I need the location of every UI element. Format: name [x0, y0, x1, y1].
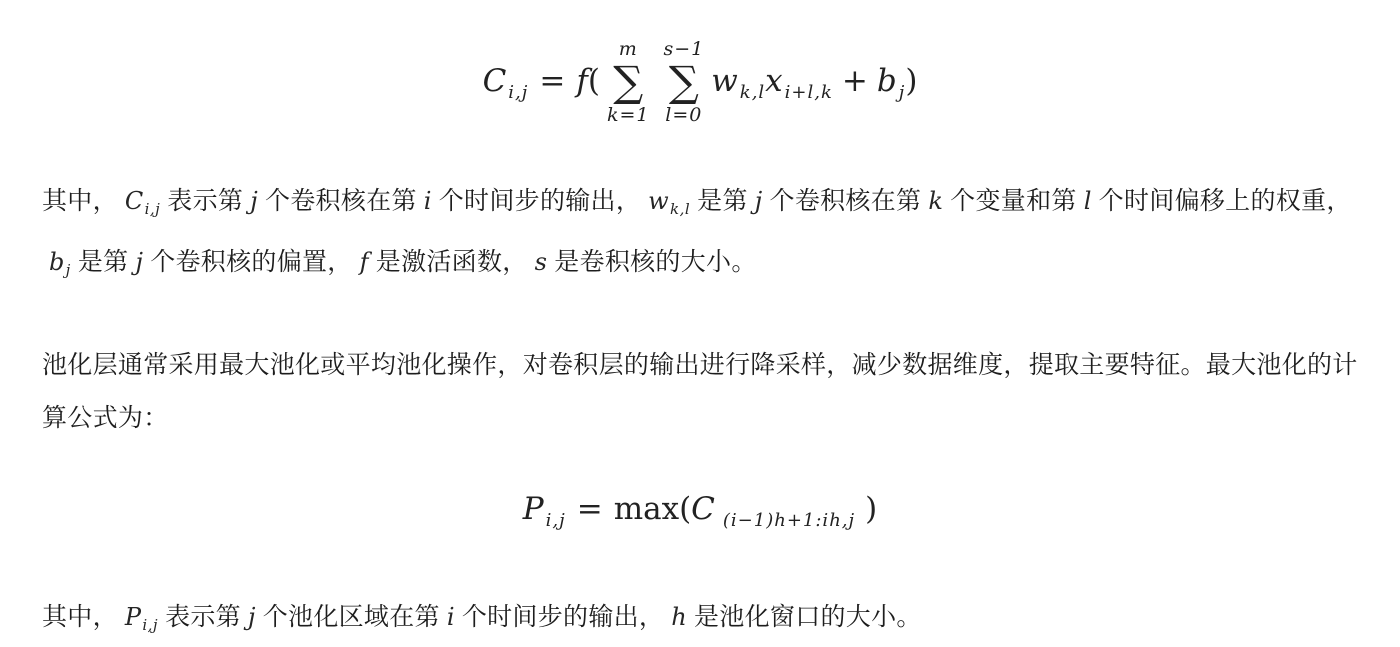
- math-var: h: [671, 603, 687, 631]
- math-var: i: [447, 603, 455, 631]
- open-paren: (: [588, 63, 600, 99]
- math-var: s: [535, 248, 548, 276]
- summation-l: s−1∑l=0: [663, 40, 704, 125]
- math-var: l: [1084, 187, 1092, 215]
- paragraph-pooling-intro: 池化层通常采用最大池化或平均池化操作，对卷积层的输出进行降采样，减少数据维度，提…: [42, 339, 1358, 445]
- paragraph-convolution-explanation: 其中，Ci,j表示第j个卷积核在第i个时间步的输出，wk,l是第j个卷积核在第k…: [42, 175, 1358, 297]
- inline-math: j: [250, 187, 258, 215]
- close-paren: ): [865, 491, 877, 527]
- math-subscript: i,j: [508, 82, 528, 103]
- math-var: j: [135, 248, 143, 276]
- text-segment: 个卷积核在第: [770, 187, 922, 215]
- sigma-operator: ∑: [613, 59, 643, 106]
- sigma-operator: ∑: [669, 59, 699, 106]
- text-segment: 其中，: [42, 187, 118, 215]
- text-segment: 是第: [697, 187, 748, 215]
- math-subscript: k,l: [670, 200, 690, 218]
- math-subscript: (i−1)h+1:ih,j: [723, 510, 855, 531]
- math-subscript: i,j: [145, 200, 161, 218]
- math-subscript: i,j: [546, 510, 566, 531]
- inline-math: h: [671, 603, 687, 631]
- text-segment: 是激活函数，: [376, 248, 528, 276]
- text-segment: 池化层通常采用最大池化或平均池化操作，对卷积层的输出进行降采样，减少数据维度，提…: [42, 351, 1358, 432]
- text-segment: 是池化窗口的大小。: [694, 603, 922, 631]
- math-var-w: w: [711, 63, 738, 99]
- summation-k: m∑k=1: [607, 40, 650, 125]
- text-segment: 表示第: [165, 603, 241, 631]
- plus-sign: +: [842, 63, 868, 99]
- inline-math: k: [928, 187, 943, 215]
- text-segment: 个时间偏移上的权重，: [1099, 187, 1352, 215]
- text-segment: 个池化区域在第: [263, 603, 440, 631]
- display-formula-pooling: Pi,j=max(C(i−1)h+1:ih,j): [0, 491, 1400, 531]
- math-var-C: C: [483, 63, 507, 99]
- inline-math: j: [135, 248, 143, 276]
- paragraph-pooling-explanation: 其中，Pi,j表示第j个池化区域在第i个时间步的输出，h是池化窗口的大小。: [42, 591, 1358, 647]
- math-var: P: [125, 603, 141, 631]
- inline-math: Ci,j: [125, 187, 160, 215]
- math-subscript: k,l: [740, 82, 765, 103]
- text-segment: 其中，: [42, 603, 118, 631]
- inline-math: Pi,j: [125, 603, 158, 631]
- text-segment: 个时间步的输出，: [439, 187, 641, 215]
- close-paren: ): [905, 63, 917, 99]
- inline-math: j: [248, 603, 256, 631]
- math-var: j: [755, 187, 763, 215]
- inline-math: i: [447, 603, 455, 631]
- max-operator: max: [614, 491, 679, 527]
- text-segment: 是第: [78, 248, 129, 276]
- text-segment: 个卷积核的偏置，: [150, 248, 352, 276]
- equals-sign: =: [539, 63, 565, 99]
- math-var: f: [360, 248, 369, 276]
- math-var: k: [928, 187, 943, 215]
- text-segment: 个变量和第: [950, 187, 1077, 215]
- text-segment: 个时间步的输出，: [462, 603, 664, 631]
- math-subscript: i,j: [142, 616, 158, 634]
- equals-sign: =: [577, 491, 603, 527]
- math-func-f: f: [576, 63, 587, 99]
- summation-lower-limit: l=0: [665, 106, 702, 125]
- math-var: C: [125, 187, 144, 215]
- math-var-C: C: [691, 491, 715, 527]
- text-segment: 个卷积核在第: [265, 187, 417, 215]
- math-var: b: [49, 248, 65, 276]
- inline-math: wk,l: [648, 187, 690, 215]
- inline-math: f: [360, 248, 369, 276]
- inline-math: bj: [49, 248, 71, 276]
- text-segment: 是卷积核的大小。: [554, 248, 756, 276]
- math-subscript: i+l,k: [785, 82, 833, 103]
- inline-math: s: [535, 248, 548, 276]
- math-var: j: [250, 187, 258, 215]
- math-var: j: [248, 603, 256, 631]
- math-var: w: [648, 187, 669, 215]
- math-var-P: P: [523, 491, 544, 527]
- inline-math: i: [424, 187, 432, 215]
- inline-math: j: [755, 187, 763, 215]
- summation-lower-limit: k=1: [607, 106, 650, 125]
- math-var: i: [424, 187, 432, 215]
- document-page: Ci,j=f(m∑k=1s−1∑l=0wk,lxi+l,k+bj) 其中，Ci,…: [0, 0, 1400, 647]
- math-var-b: b: [877, 63, 897, 99]
- math-var-x: x: [765, 63, 782, 99]
- open-paren: (: [679, 491, 691, 527]
- math-subscript: j: [66, 261, 71, 279]
- display-formula-convolution: Ci,j=f(m∑k=1s−1∑l=0wk,lxi+l,k+bj): [0, 40, 1400, 125]
- inline-math: l: [1084, 187, 1092, 215]
- text-segment: 表示第: [167, 187, 243, 215]
